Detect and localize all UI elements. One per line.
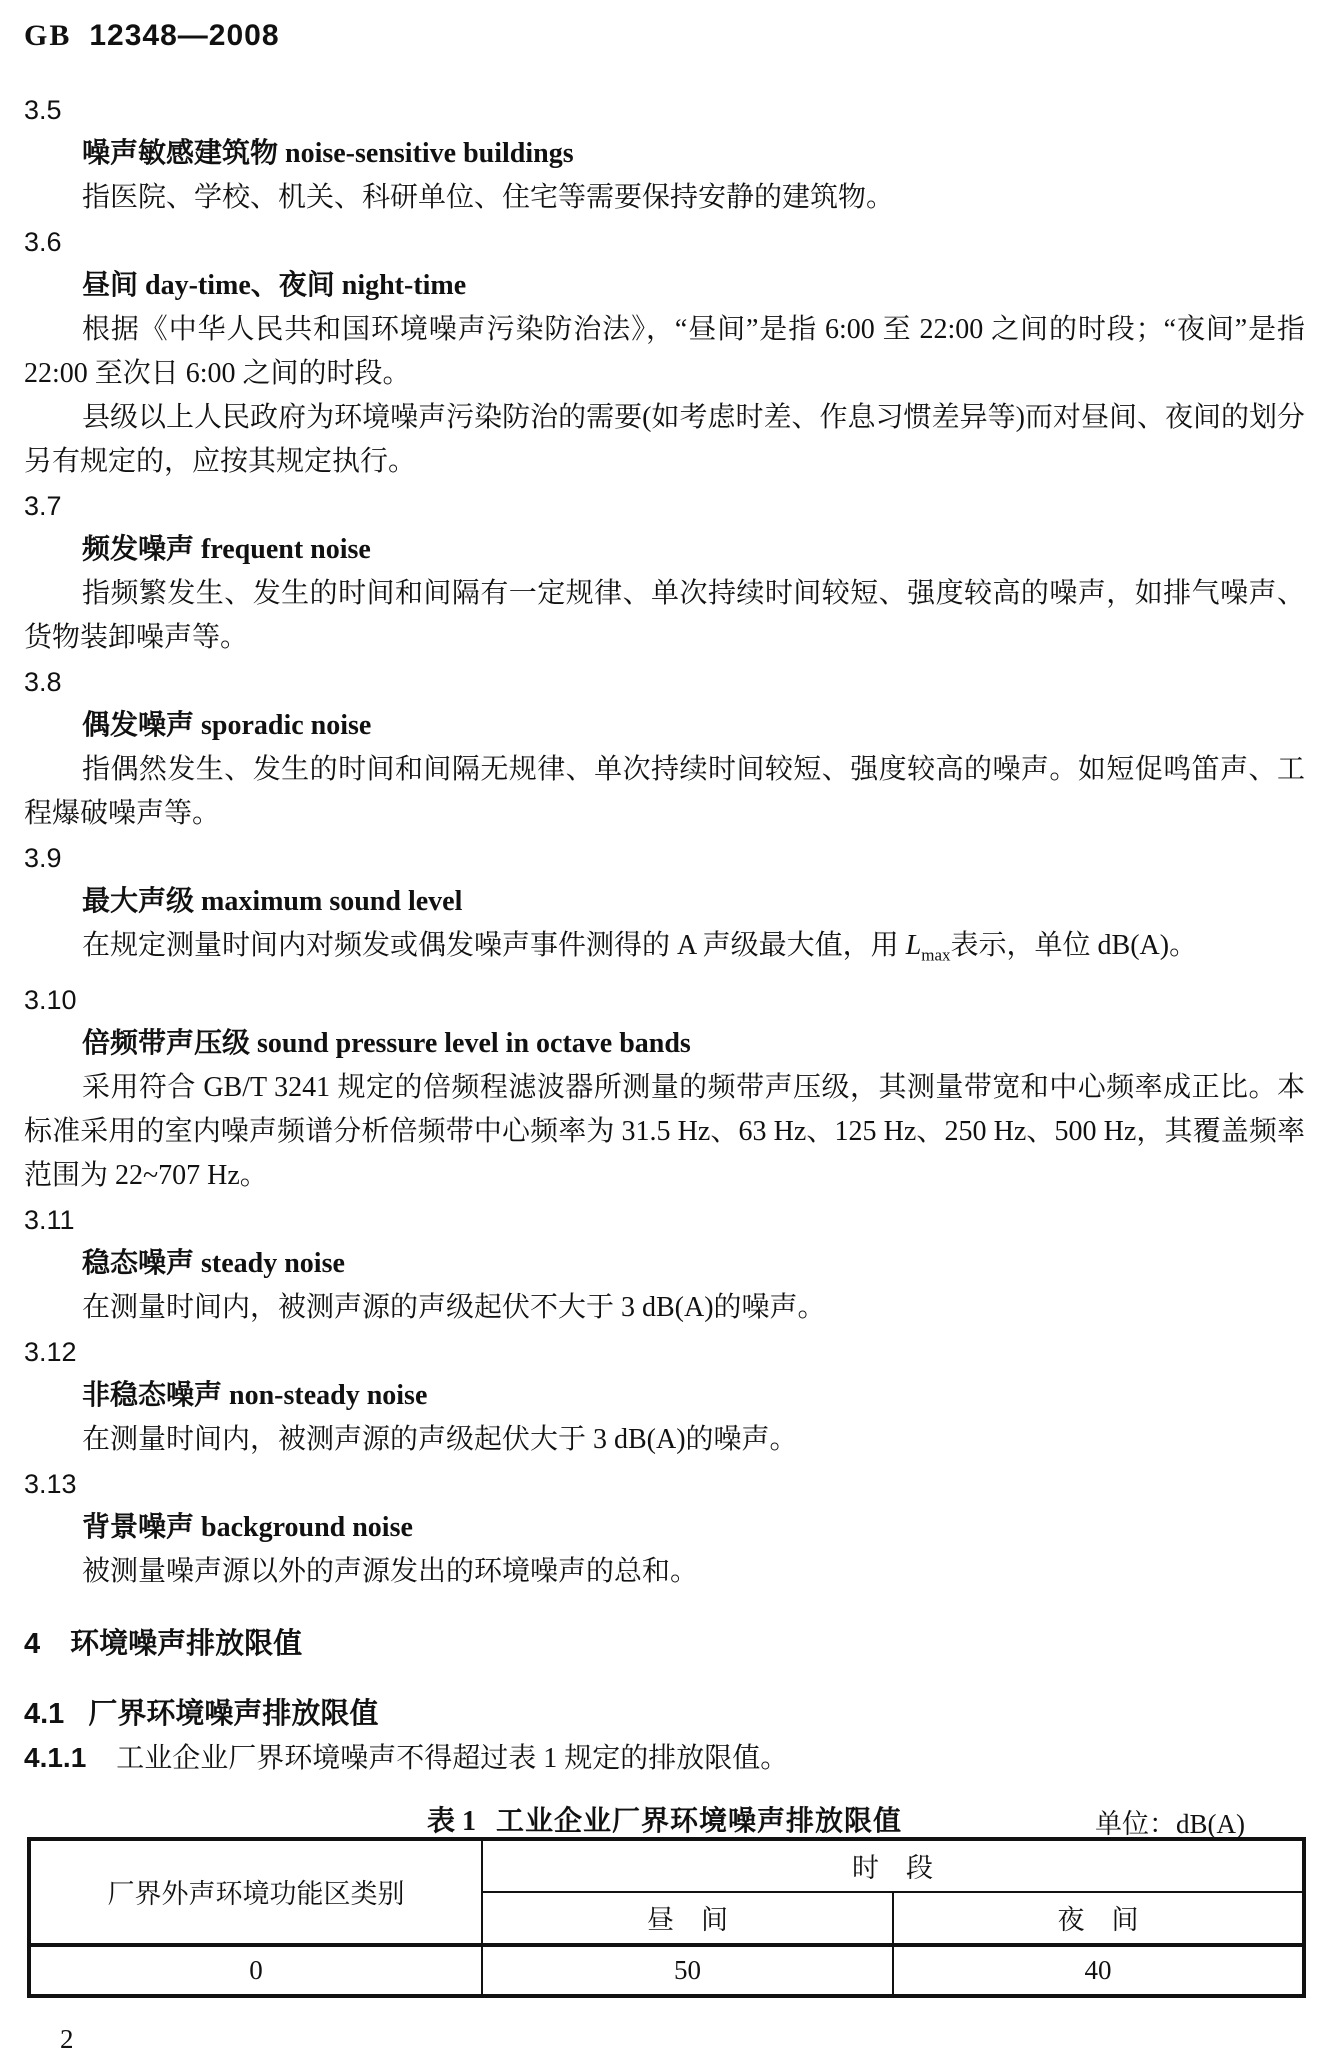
term-heading: 最大声级 maximum sound level — [24, 880, 1305, 924]
term-heading: 昼间 day-time、夜间 night-time — [24, 264, 1305, 308]
chapter-4-heading: 4环境噪声排放限值 — [24, 1622, 1305, 1666]
definition-paragraph: 采用符合 GB/T 3241 规定的倍频程滤波器所测量的频带声压级，其测量带宽和… — [24, 1066, 1305, 1198]
section-4-1-heading: 4.1厂界环境噪声排放限值 — [24, 1692, 1305, 1736]
definition-paragraph: 指偶然发生、发生的时间和间隔无规律、单次持续时间较短、强度较高的噪声。如短促鸣笛… — [24, 748, 1305, 836]
table-row: 0 50 40 — [29, 1945, 1304, 1996]
term-heading: 频发噪声 frequent noise — [24, 528, 1305, 572]
doc-code-number: 12348—2008 — [89, 19, 279, 52]
cell-category: 0 — [29, 1945, 482, 1996]
term-heading: 倍频带声压级 sound pressure level in octave ba… — [24, 1022, 1305, 1066]
clause-3-10: 3.10 倍频带声压级 sound pressure level in octa… — [24, 978, 1305, 1198]
table-1-caption-row: 表 1工业企业厂界环境噪声排放限值 单位：dB(A) — [24, 1799, 1305, 1835]
clause-4-1-1: 4.1.1工业企业厂界环境噪声不得超过表 1 规定的排放限值。 — [24, 1736, 1305, 1781]
table-1-noise-limits: 厂界外声环境功能区类别 时 段 昼 间 夜 间 0 50 40 — [27, 1837, 1306, 1998]
clause-3-12: 3.12 非稳态噪声 non-steady noise 在测量时间内，被测声源的… — [24, 1330, 1305, 1462]
clause-number: 3.13 — [24, 1462, 1305, 1506]
clause-3-9: 3.9 最大声级 maximum sound level 在规定测量时间内对频发… — [24, 836, 1305, 978]
term-heading: 稳态噪声 steady noise — [24, 1242, 1305, 1286]
definition-paragraph: 指频繁发生、发生的时间和间隔有一定规律、单次持续时间较短、强度较高的噪声，如排气… — [24, 572, 1305, 660]
table-col-header-day: 昼 间 — [482, 1892, 893, 1945]
clause-number: 3.7 — [24, 484, 1305, 528]
symbol-L: L — [906, 930, 922, 961]
clause-3-7: 3.7 频发噪声 frequent noise 指频繁发生、发生的时间和间隔有一… — [24, 484, 1305, 660]
clause-number: 3.6 — [24, 220, 1305, 264]
clause-number: 4.1.1 — [24, 1742, 86, 1773]
cell-night-limit: 40 — [893, 1945, 1304, 1996]
chapter-title: 环境噪声排放限值 — [70, 1628, 302, 1660]
table-header-row-1: 厂界外声环境功能区类别 时 段 — [29, 1839, 1304, 1892]
clause-number: 3.8 — [24, 660, 1305, 704]
paragraph-text: 表示，单位 dB(A)。 — [951, 930, 1198, 961]
definition-paragraph: 县级以上人民政府为环境噪声污染防治的需要(如考虑时差、作息习惯差异等)而对昼间、… — [24, 396, 1305, 484]
page-number: 2 — [24, 2024, 1305, 2055]
clause-3-5: 3.5 噪声敏感建筑物 noise-sensitive buildings 指医… — [24, 88, 1305, 220]
clause-number: 3.12 — [24, 1330, 1305, 1374]
term-heading: 背景噪声 background noise — [24, 1506, 1305, 1550]
clause-number: 3.9 — [24, 836, 1305, 880]
definition-paragraph: 在测量时间内，被测声源的声级起伏大于 3 dB(A)的噪声。 — [24, 1418, 1305, 1462]
clause-3-11: 3.11 稳态噪声 steady noise 在测量时间内，被测声源的声级起伏不… — [24, 1198, 1305, 1330]
paragraph-text: 在规定测量时间内对频发或偶发噪声事件测得的 A 声级最大值，用 — [82, 930, 906, 961]
table-col-header-night: 夜 间 — [893, 1892, 1304, 1945]
definition-paragraph: 根据《中华人民共和国环境噪声污染防治法》，“昼间”是指 6:00 至 22:00… — [24, 308, 1305, 396]
doc-code: GB12348—2008 — [24, 20, 1305, 52]
clause-text: 工业企业厂界环境噪声不得超过表 1 规定的排放限值。 — [116, 1743, 788, 1774]
section-number: 4.1 — [24, 1698, 64, 1730]
document-page: GB12348—2008 3.5 噪声敏感建筑物 noise-sensitive… — [0, 0, 1331, 2056]
clause-3-6: 3.6 昼间 day-time、夜间 night-time 根据《中华人民共和国… — [24, 220, 1305, 484]
table-row-header-cell: 厂界外声环境功能区类别 — [29, 1839, 482, 1945]
table-caption-title: 工业企业厂界环境噪声排放限值 — [496, 1806, 902, 1837]
definition-paragraph: 在测量时间内，被测声源的声级起伏不大于 3 dB(A)的噪声。 — [24, 1286, 1305, 1330]
definition-paragraph: 在规定测量时间内对频发或偶发噪声事件测得的 A 声级最大值，用 Lmax表示，单… — [24, 924, 1305, 978]
clause-number: 3.10 — [24, 978, 1305, 1022]
table-unit-label: 单位：dB(A) — [1095, 1802, 1245, 1841]
table-group-header-cell: 时 段 — [482, 1839, 1304, 1892]
term-heading: 偶发噪声 sporadic noise — [24, 704, 1305, 748]
clause-3-13: 3.13 背景噪声 background noise 被测量噪声源以外的声源发出… — [24, 1462, 1305, 1594]
cell-day-limit: 50 — [482, 1945, 893, 1996]
subscript-max: max — [921, 946, 950, 965]
section-title: 厂界环境噪声排放限值 — [88, 1698, 378, 1730]
doc-code-org: GB — [24, 19, 71, 52]
definition-paragraph: 指医院、学校、机关、科研单位、住宅等需要保持安静的建筑物。 — [24, 176, 1305, 220]
clause-number: 3.11 — [24, 1198, 1305, 1242]
term-heading: 噪声敏感建筑物 noise-sensitive buildings — [24, 132, 1305, 176]
clause-3-8: 3.8 偶发噪声 sporadic noise 指偶然发生、发生的时间和间隔无规… — [24, 660, 1305, 836]
definition-paragraph: 被测量噪声源以外的声源发出的环境噪声的总和。 — [24, 1550, 1305, 1594]
chapter-number: 4 — [24, 1628, 40, 1660]
table-caption-label: 表 1 — [427, 1806, 476, 1837]
clause-number: 3.5 — [24, 88, 1305, 132]
term-heading: 非稳态噪声 non-steady noise — [24, 1374, 1305, 1418]
